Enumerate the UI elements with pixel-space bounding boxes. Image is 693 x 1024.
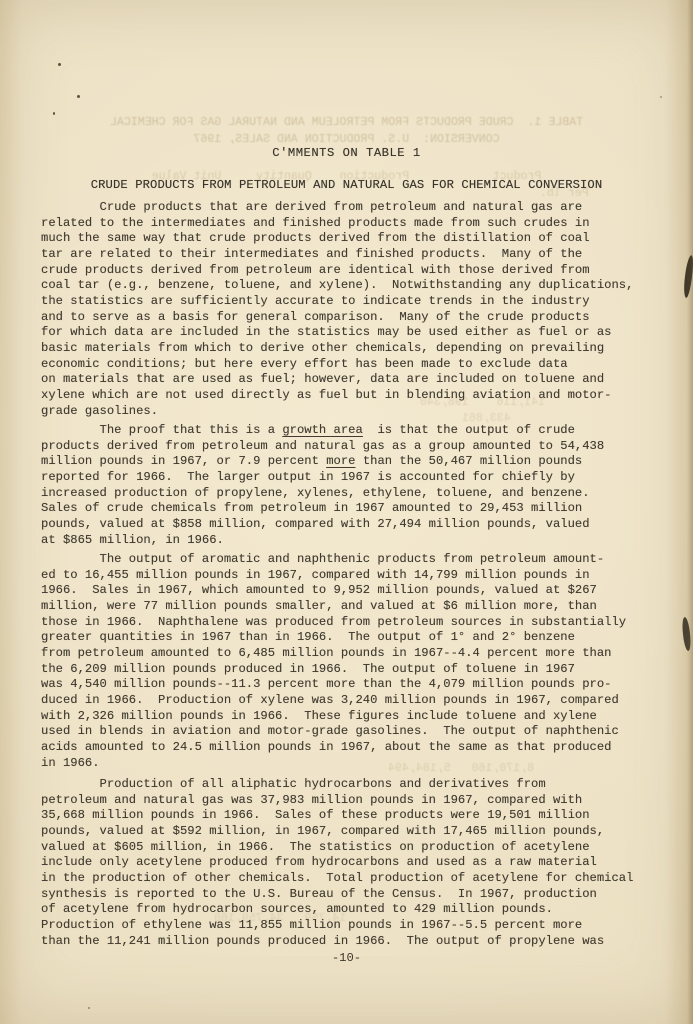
paragraph-crude-products-intro: Crude products that are derived from pet… [41,200,666,419]
paragraph-aromatic-naphthenic: The output of aromatic and naphthenic pr… [41,552,666,771]
dust-speck [58,63,61,66]
dust-speck [660,96,662,98]
dust-speck [53,112,55,115]
scanned-document-page: TABLE 1. CRUDE PRODUCTS FROM PETROLEUM A… [0,0,693,1024]
dust-speck [77,95,80,98]
bleed-through-text: CONVERSION: U.S. PRODUCTION AND SALES, 1… [0,133,693,146]
dust-speck [88,1007,90,1009]
bleed-through-text: TABLE 1. CRUDE PRODUCTS FROM PETROLEUM A… [0,116,693,129]
paragraph-aliphatic-hydrocarbons: Production of all aliphatic hydrocarbons… [41,777,666,949]
page-subtitle: CRUDE PRODUCTS FROM PETROLEUM AND NATURA… [0,178,693,192]
page-title: C'MMENTS ON TABLE 1 [0,146,693,160]
page-edge-shadow [687,0,693,1024]
paragraph-growth-area: The proof that this is a growth area is … [41,423,666,548]
page-number: -10- [0,951,693,965]
